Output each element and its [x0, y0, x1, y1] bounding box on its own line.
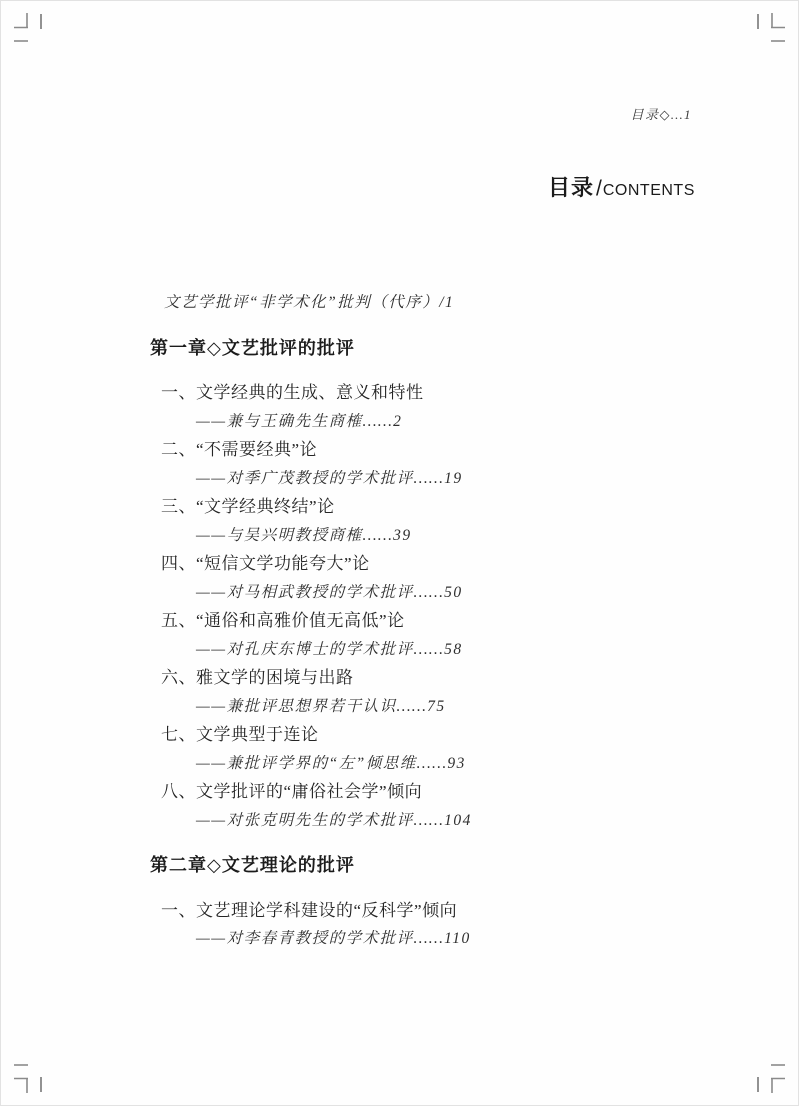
toc-entry-subtitle: ——兼批评思想界若干认识……75: [196, 693, 710, 722]
toc-entry-subtitle: ——对李春青教授的学术批评……110: [196, 925, 710, 954]
toc-chapter-heading: 第二章◇文艺理论的批评: [150, 851, 710, 880]
toc-entry-title: 四、“短信文学功能夸大”论: [161, 550, 710, 579]
toc-entry-title: 八、文学批评的“庸俗社会学”倾向: [161, 778, 710, 807]
page-title-cn: 目录: [548, 171, 594, 202]
toc-entry-subtitle: ——对季广茂教授的学术批评……19: [196, 465, 710, 494]
toc-chapter-heading: 第一章◇文艺批评的批评: [150, 334, 710, 363]
toc-entry-subtitle: ——兼与王确先生商榷……2: [196, 408, 710, 437]
page-title-divider: /: [596, 176, 602, 201]
toc-area: 文艺学批评“非学术化”批判（代序）/1 第一章◇文艺批评的批评一、文学经典的生成…: [150, 289, 710, 954]
toc-entry-title: 七、文学典型于连论: [161, 721, 710, 750]
running-header: 目录◇…1: [630, 104, 692, 123]
book-toc-page: 目录◇…1 目录 / CONTENTS 文艺学批评“非学术化”批判（代序）/1 …: [0, 0, 799, 1106]
toc-entry-subtitle: ——兼批评学界的“左”倾思维……93: [196, 750, 710, 779]
page-title: 目录 / CONTENTS: [548, 171, 695, 202]
crop-mark-bottom-right: [750, 1057, 798, 1105]
page-title-en: CONTENTS: [603, 182, 695, 200]
toc-entry-title: 三、“文学经典终结”论: [161, 493, 710, 522]
toc-list: 第一章◇文艺批评的批评一、文学经典的生成、意义和特性——兼与王确先生商榷……2二…: [150, 334, 710, 954]
crop-mark-top-right: [750, 1, 798, 49]
toc-entry-title: 二、“不需要经典”论: [161, 436, 710, 465]
toc-entry-title: 一、文学经典的生成、意义和特性: [161, 379, 710, 408]
toc-entry-subtitle: ——与吴兴明教授商榷……39: [196, 522, 710, 551]
preface-line: 文艺学批评“非学术化”批判（代序）/1: [164, 289, 710, 318]
toc-entry-title: 六、雅文学的困境与出路: [161, 664, 710, 693]
crop-mark-bottom-left: [1, 1057, 49, 1105]
toc-entry-title: 五、“通俗和高雅价值无高低”论: [161, 607, 710, 636]
toc-entry-subtitle: ——对马相武教授的学术批评……50: [196, 579, 710, 608]
toc-entry-subtitle: ——对张克明先生的学术批评……104: [196, 807, 710, 836]
toc-entry-subtitle: ——对孔庆东博士的学术批评……58: [196, 636, 710, 665]
crop-mark-top-left: [1, 1, 49, 49]
toc-entry-title: 一、文艺理论学科建设的“反科学”倾向: [161, 897, 710, 926]
